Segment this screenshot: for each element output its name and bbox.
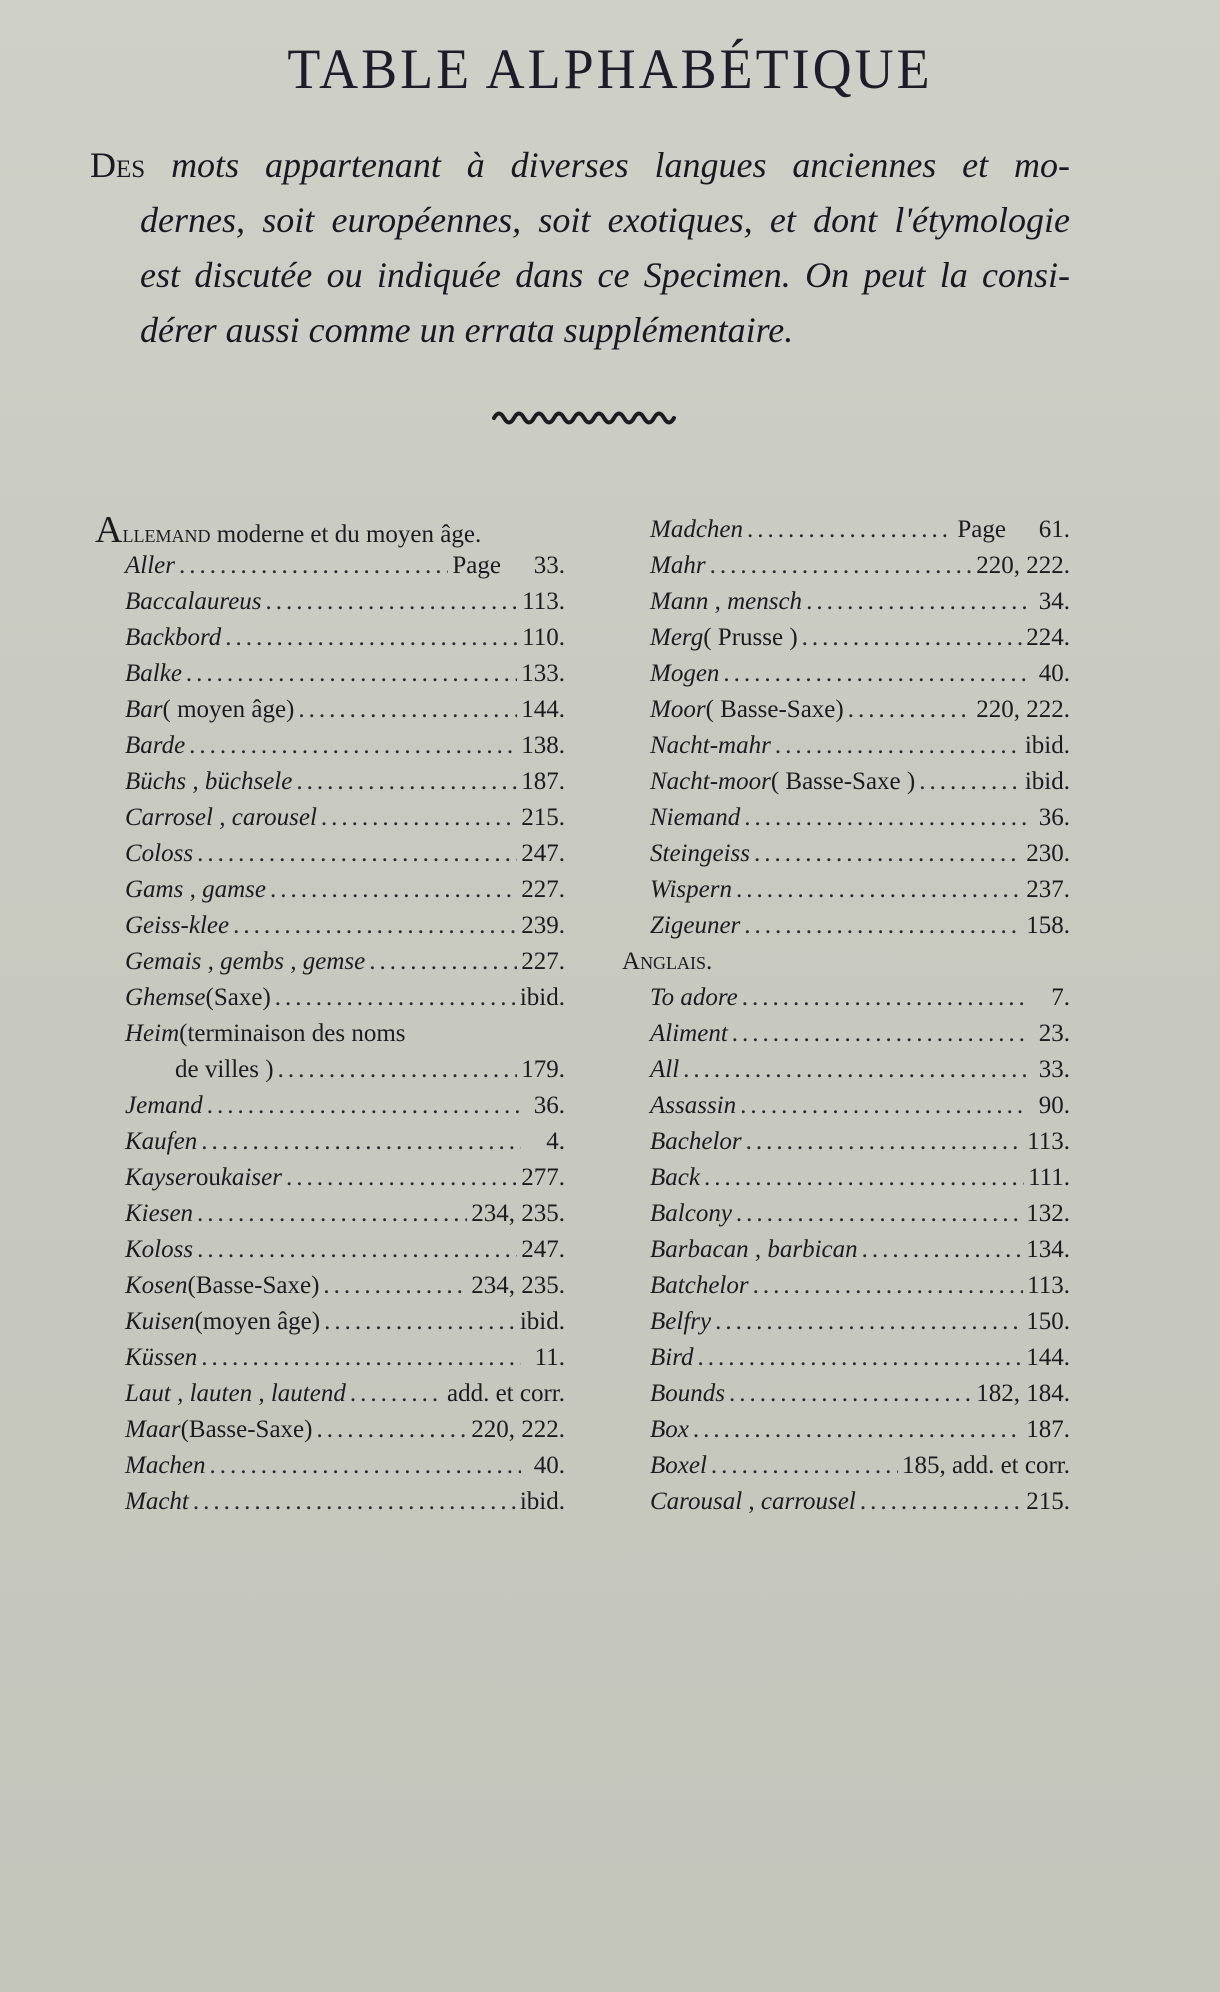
index-entry: Barbacan , barbican134. <box>620 1232 1070 1268</box>
index-entry: MadchenPage61. <box>620 512 1070 548</box>
index-entry: Balke133. <box>95 656 565 692</box>
index-entry: Heim (terminaison des noms <box>95 1016 565 1052</box>
intro-line-3: est discutée ou indiquée dans ce Specime… <box>90 248 1070 303</box>
wavy-rule-ornament-icon <box>492 406 682 426</box>
index-entry-continuation: de villes )179. <box>95 1052 565 1088</box>
index-entry: Mogen40. <box>620 656 1070 692</box>
index-entry: Kayser ou kaiser277. <box>95 1160 565 1196</box>
intro-line-4: dérer aussi comme un errata supplémentai… <box>90 303 1070 358</box>
index-entry: Baccalaureus113. <box>95 584 565 620</box>
index-entry: Mahr220, 222. <box>620 548 1070 584</box>
index-entry: Gemais , gembs , gemse227. <box>95 944 565 980</box>
index-entry: Moor ( Basse-Saxe)220, 222. <box>620 692 1070 728</box>
section-heading-allemand: Allemand moderne et du moyen âge. <box>95 512 565 548</box>
index-entry: Machen40. <box>95 1448 565 1484</box>
index-entry: Küssen11. <box>95 1340 565 1376</box>
index-entry: Nacht-mahribid. <box>620 728 1070 764</box>
index-entry: Steingeiss230. <box>620 836 1070 872</box>
index-entry: Belfry150. <box>620 1304 1070 1340</box>
index-entry: Ghemse (Saxe)ibid. <box>95 980 565 1016</box>
index-entry: Backbord110. <box>95 620 565 656</box>
index-entry: Aliment23. <box>620 1016 1070 1052</box>
index-entry: Bounds182, 184. <box>620 1376 1070 1412</box>
index-entry: Machtibid. <box>95 1484 565 1520</box>
index-entry: Balcony132. <box>620 1196 1070 1232</box>
index-entry: Carrosel , carousel215. <box>95 800 565 836</box>
index-entry: Batchelor113. <box>620 1268 1070 1304</box>
index-entry: Mann , mensch34. <box>620 584 1070 620</box>
index-entry: Kuisen (moyen âge)ibid. <box>95 1304 565 1340</box>
index-entry: AllerPage33. <box>95 548 565 584</box>
index-entry: Boxel185, add. et corr. <box>620 1448 1070 1484</box>
intro-lead-word: Des <box>90 145 145 185</box>
index-entry: To adore7. <box>620 980 1070 1016</box>
index-entry: Niemand36. <box>620 800 1070 836</box>
index-entry: Box187. <box>620 1412 1070 1448</box>
index-entry: Zigeuner158. <box>620 908 1070 944</box>
index-entry: Geiss-klee239. <box>95 908 565 944</box>
right-column: MadchenPage61. Mahr220, 222. Mann , mens… <box>620 512 1070 1520</box>
index-entry: Barde138. <box>95 728 565 764</box>
index-entry: Bar ( moyen âge)144. <box>95 692 565 728</box>
section-heading-anglais: Anglais. <box>620 944 1070 980</box>
intro-line-2: dernes, soit européennes, soit exotiques… <box>90 193 1070 248</box>
index-entry: Merg ( Prusse )224. <box>620 620 1070 656</box>
index-entry: Back111. <box>620 1160 1070 1196</box>
index-entry: Koloss247. <box>95 1232 565 1268</box>
index-entry: Bird144. <box>620 1340 1070 1376</box>
index-entry: Assassin90. <box>620 1088 1070 1124</box>
index-entry: Nacht-moor ( Basse-Saxe )ibid. <box>620 764 1070 800</box>
index-entry: Jemand36. <box>95 1088 565 1124</box>
index-entry: Laut , lauten , lautendadd. et corr. <box>95 1376 565 1412</box>
intro-line-1: Des mots appartenant à diverses langues … <box>90 138 1070 193</box>
left-column: Allemand moderne et du moyen âge. AllerP… <box>95 512 565 1520</box>
index-entry: Wispern237. <box>620 872 1070 908</box>
page-title: TABLE ALPHABÉTIQUE <box>0 36 1220 101</box>
book-page: TABLE ALPHABÉTIQUE Des mots appartenant … <box>0 0 1220 1992</box>
index-entry: Bachelor113. <box>620 1124 1070 1160</box>
intro-paragraph: Des mots appartenant à diverses langues … <box>90 138 1070 358</box>
index-entry: Gams , gamse227. <box>95 872 565 908</box>
index-entry: Carousal , carrousel215. <box>620 1484 1070 1520</box>
index-entry: Kiesen234, 235. <box>95 1196 565 1232</box>
index-entry: Maar (Basse-Saxe)220, 222. <box>95 1412 565 1448</box>
index-entry: All33. <box>620 1052 1070 1088</box>
index-entry: Kosen (Basse-Saxe)234, 235. <box>95 1268 565 1304</box>
index-entry: Büchs , büchsele187. <box>95 764 565 800</box>
index-entry: Coloss247. <box>95 836 565 872</box>
index-entry: Kaufen4. <box>95 1124 565 1160</box>
